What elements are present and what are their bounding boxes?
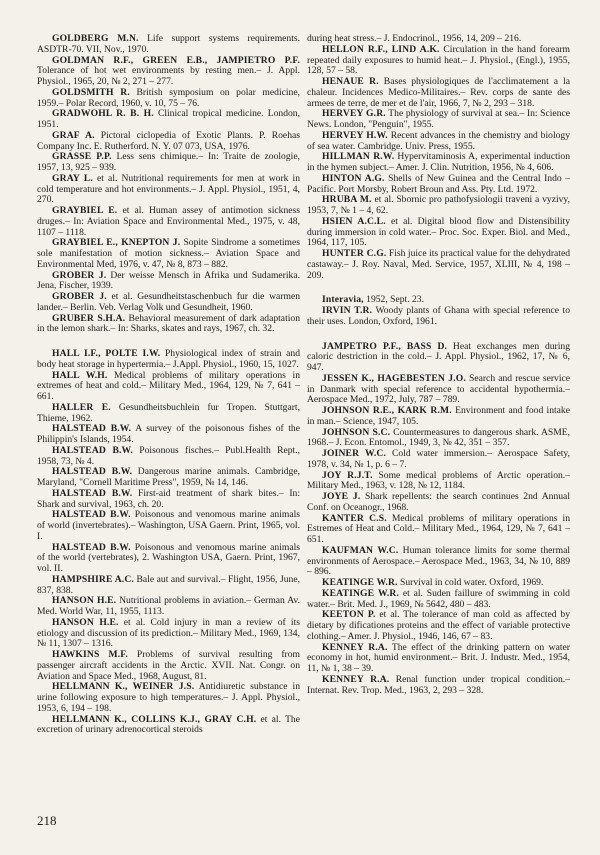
entry-author: KEETON P.: [322, 609, 376, 620]
entry-author: HSIEN A.C.L.: [322, 216, 386, 227]
entry-author: JOHNSON R.E., KARK R.M.: [322, 405, 452, 416]
entry-author: KAUFMAN W.C.: [322, 545, 398, 556]
page-number: 218: [37, 813, 57, 829]
bibliography-entry: HALSTEAD B.W. A survey of the poisonous …: [37, 424, 300, 446]
bibliography-entry: HINTON A.G. Shells of New Guinea and the…: [307, 174, 570, 196]
bibliography-entry: JOHNSON S.C. Countermeasures to dangerou…: [307, 428, 570, 450]
bibliography-entry: HELLON R.F., LIND A.K. Circulation in th…: [307, 45, 570, 77]
entry-author: JESSEN K., HAGEBESTEN J.O.: [322, 373, 466, 384]
entry-author: GOLDSMITH R.: [52, 87, 130, 98]
bibliography-entry: KEATINGE W.R. et al. Suden faillure of s…: [307, 589, 570, 611]
bibliography-entry: HANSON H.E. et al. Cold injury in man a …: [37, 618, 300, 650]
entry-author: HALLER E.: [52, 402, 111, 413]
bibliography-entry: HERVEY G.R. The physiology of survival a…: [307, 109, 570, 131]
bibliography-entry: JESSEN K., HAGEBESTEN J.O. Search and re…: [307, 374, 570, 406]
left-column: GOLDBERG M.N. Life support systems requi…: [37, 34, 300, 736]
bibliography-entry: KANTER C.S. Medical problems of military…: [307, 514, 570, 546]
entry-author: GOLDMAN R.F., GREEN E.B., JAMPIETRO P.F.: [52, 55, 300, 66]
entry-author: GROBER J.: [52, 270, 106, 281]
bibliography-entry: HALL I.F., POLTE I.W. Physiological inde…: [37, 349, 300, 371]
entry-author: IRVIN T.R.: [322, 305, 372, 316]
entry-author: GRUBER S.H.A.: [52, 313, 125, 324]
bibliography-entry: IRVIN T.R. Woody plants of Ghana with sp…: [307, 306, 570, 328]
section-gap: [307, 328, 570, 342]
entry-author: HINTON A.G.: [322, 173, 385, 184]
entry-author: KENNEY R.A.: [322, 642, 388, 653]
bibliography-entry: HSIEN A.C.L. et al. Digital blood flow a…: [307, 217, 570, 249]
entry-author: HALSTEAD B.W.: [52, 423, 131, 434]
bibliography-entry: KENNEY R.A. Renal function under tropica…: [307, 675, 570, 697]
entry-author: GOLDBERG M.N.: [52, 33, 139, 44]
entry-author: JOHNSON S.C.: [322, 427, 390, 438]
bibliography-entry: HAMPSHIRE A.C. Bale aut and survival.– F…: [37, 575, 300, 597]
entry-author: HALSTEAD B.W.: [52, 466, 132, 477]
bibliography-entry: JOINER W.C. Cold water immersion.– Aeros…: [307, 449, 570, 471]
entry-author: HUNTER C.G.: [322, 248, 386, 259]
bibliography-entry: HRUBA M. et al. Sbornic pro pathofysiolo…: [307, 195, 570, 217]
entry-author: GRAY L.: [52, 173, 93, 184]
bibliography-entry: JOY R.J.T. Some medical problems of Arct…: [307, 471, 570, 493]
entry-author: HALL I.F., POLTE I.W.: [52, 348, 160, 359]
bibliography-entry: GRAF A. Pictoral ciclopedia of Exotic Pl…: [37, 131, 300, 153]
bibliography-entry: JOHNSON R.E., KARK R.M. Environment and …: [307, 406, 570, 428]
bibliography-entry: HANSON H.E. Nutritional problems in avia…: [37, 596, 300, 618]
entry-text: Tolerance of hot wet environments by res…: [37, 65, 300, 87]
bibliography-entry: HALSTEAD B.W. Poisonous fisches.– Publ.H…: [37, 446, 300, 468]
entry-author: HANSON H.E.: [52, 617, 119, 628]
bibliography-entry: HALSTEAD B.W. Poisonous and venomous mar…: [37, 543, 300, 575]
bibliography-entry: HENAUE R. Bases physiologiques de l'accl…: [307, 77, 570, 109]
entry-text: Survival in cold water. Oxford, 1969.: [398, 577, 544, 588]
entry-text: during heat stress.– J. Endocrinol., 195…: [307, 33, 521, 44]
entry-author: KEATINGE W.R.: [322, 577, 398, 588]
bibliography-entry: GOLDMAN R.F., GREEN E.B., JAMPIETRO P.F.…: [37, 56, 300, 88]
bibliography-entry: HALL W.H. Medical problems of military o…: [37, 371, 300, 403]
entry-author: HENAUE R.: [322, 76, 379, 87]
entry-author: GRADWOHL R. B. H.: [52, 108, 154, 119]
right-column: during heat stress.– J. Endocrinol., 195…: [307, 34, 570, 696]
entry-author: GRAF A.: [52, 130, 95, 141]
entry-author: HALL W.H.: [52, 370, 107, 381]
entry-author: HELLON R.F., LIND A.K.: [322, 44, 440, 55]
entry-author: HALSTEAD B.W.: [52, 445, 133, 456]
entry-author: KENNEY R.A.: [322, 674, 389, 685]
entry-author: HELLMANN K., COLLINS K.J., GRAY C.H.: [52, 714, 256, 725]
bibliography-entry: GRADWOHL R. B. H. Clinical tropical medi…: [37, 109, 300, 131]
bibliography-entry: GRAY L. et al. Nutritional requirements …: [37, 174, 300, 206]
bibliography-entry: KEETON P. et al. The tolerance of man co…: [307, 610, 570, 642]
entry-author: JOYE J.: [322, 491, 360, 502]
bibliography-entry: GOLDSMITH R. British symposium on polar …: [37, 88, 300, 110]
entry-author: HERVEY H.W.: [322, 130, 388, 141]
bibliography-entry: HALSTEAD B.W. First-aid treatment of sha…: [37, 489, 300, 511]
bibliography-entry: HALSTEAD B.W. Dangerous marine animals. …: [37, 467, 300, 489]
entry-author: Interavia,: [322, 294, 364, 305]
entry-author: HAMPSHIRE A.C.: [52, 574, 134, 585]
bibliography-entry: HILLMAN R.W. Hypervitaminosis A, experim…: [307, 152, 570, 174]
entry-author: KEATINGE W.R.: [322, 588, 399, 599]
entry-author: HELLMANN K., WEINER J.S.: [52, 681, 194, 692]
bibliography-entry: GRAYBIEL E. et al. Human assey of antimo…: [37, 206, 300, 238]
bibliography-entry: JAMPETRO P.F., BASS D. Heat exchanges me…: [307, 342, 570, 374]
entry-author: GRAYBIEL E.: [52, 205, 117, 216]
bibliography-entry: KENNEY R.A. The effect of the drinking p…: [307, 643, 570, 675]
bibliography-entry: GROBER J. Der weisse Mensch in Afrika un…: [37, 271, 300, 293]
entry-author: JOINER W.C.: [322, 448, 386, 459]
bibliography-entry: HUNTER C.G. Fish juice its practical val…: [307, 249, 570, 281]
entry-author: HERVEY G.R.: [322, 108, 386, 119]
entry-author: KANTER C.S.: [322, 513, 387, 524]
entry-author: JOY R.J.T.: [322, 470, 373, 481]
bibliography-entry: JOYE J. Shark repellents: the search con…: [307, 492, 570, 514]
entry-author: HRUBA M.: [322, 194, 372, 205]
document-page: GOLDBERG M.N. Life support systems requi…: [0, 0, 600, 855]
bibliography-entry: HERVEY H.W. Recent advances in the chemi…: [307, 131, 570, 153]
entry-author: HANSON H.E.: [52, 595, 116, 606]
entry-author: GROBER J.: [52, 291, 107, 302]
section-gap: [37, 335, 300, 349]
bibliography-entry: HAWKINS M.F. Problems of survival result…: [37, 650, 300, 682]
bibliography-entry: KAUFMAN W.C. Human tolerance limits for …: [307, 546, 570, 578]
entry-author: HALSTEAD B.W.: [52, 488, 132, 499]
bibliography-entry: GRUBER S.H.A. Behavioral measurement of …: [37, 314, 300, 336]
bibliography-entry: GRASSE P.P. Less sens chimique.– In: Tra…: [37, 152, 300, 174]
bibliography-entry: HALSTEAD B.W. Poisonous and venomous mar…: [37, 510, 300, 542]
entry-author: GRAYBIEL E., KNEPTON J.: [52, 237, 180, 248]
bibliography-entry: HELLMANN K., COLLINS K.J., GRAY C.H. et …: [37, 715, 300, 737]
bibliography-entry: HELLMANN K., WEINER J.S. Antidiuretic su…: [37, 682, 300, 714]
entry-text: 1952, Sept. 23.: [364, 294, 424, 305]
bibliography-entry: GROBER J. et al. Gesundheitstaschenbuch …: [37, 292, 300, 314]
entry-author: JAMPETRO P.F., BASS D.: [322, 341, 447, 352]
bibliography-entry: GRAYBIEL E., KNEPTON J. Sopite Sindrome …: [37, 238, 300, 270]
entry-author: HALSTEAD B.W.: [52, 542, 131, 553]
entry-author: HAWKINS M.F.: [52, 649, 128, 660]
section-gap: [307, 281, 570, 295]
bibliography-entry: HALLER E. Gesundheitsbuchlein fur Tropen…: [37, 403, 300, 425]
entry-author: HALSTEAD B.W.: [52, 509, 131, 520]
entry-author: GRASSE P.P.: [52, 151, 112, 162]
entry-author: HILLMAN R.W.: [322, 151, 394, 162]
bibliography-entry: GOLDBERG M.N. Life support systems requi…: [37, 34, 300, 56]
